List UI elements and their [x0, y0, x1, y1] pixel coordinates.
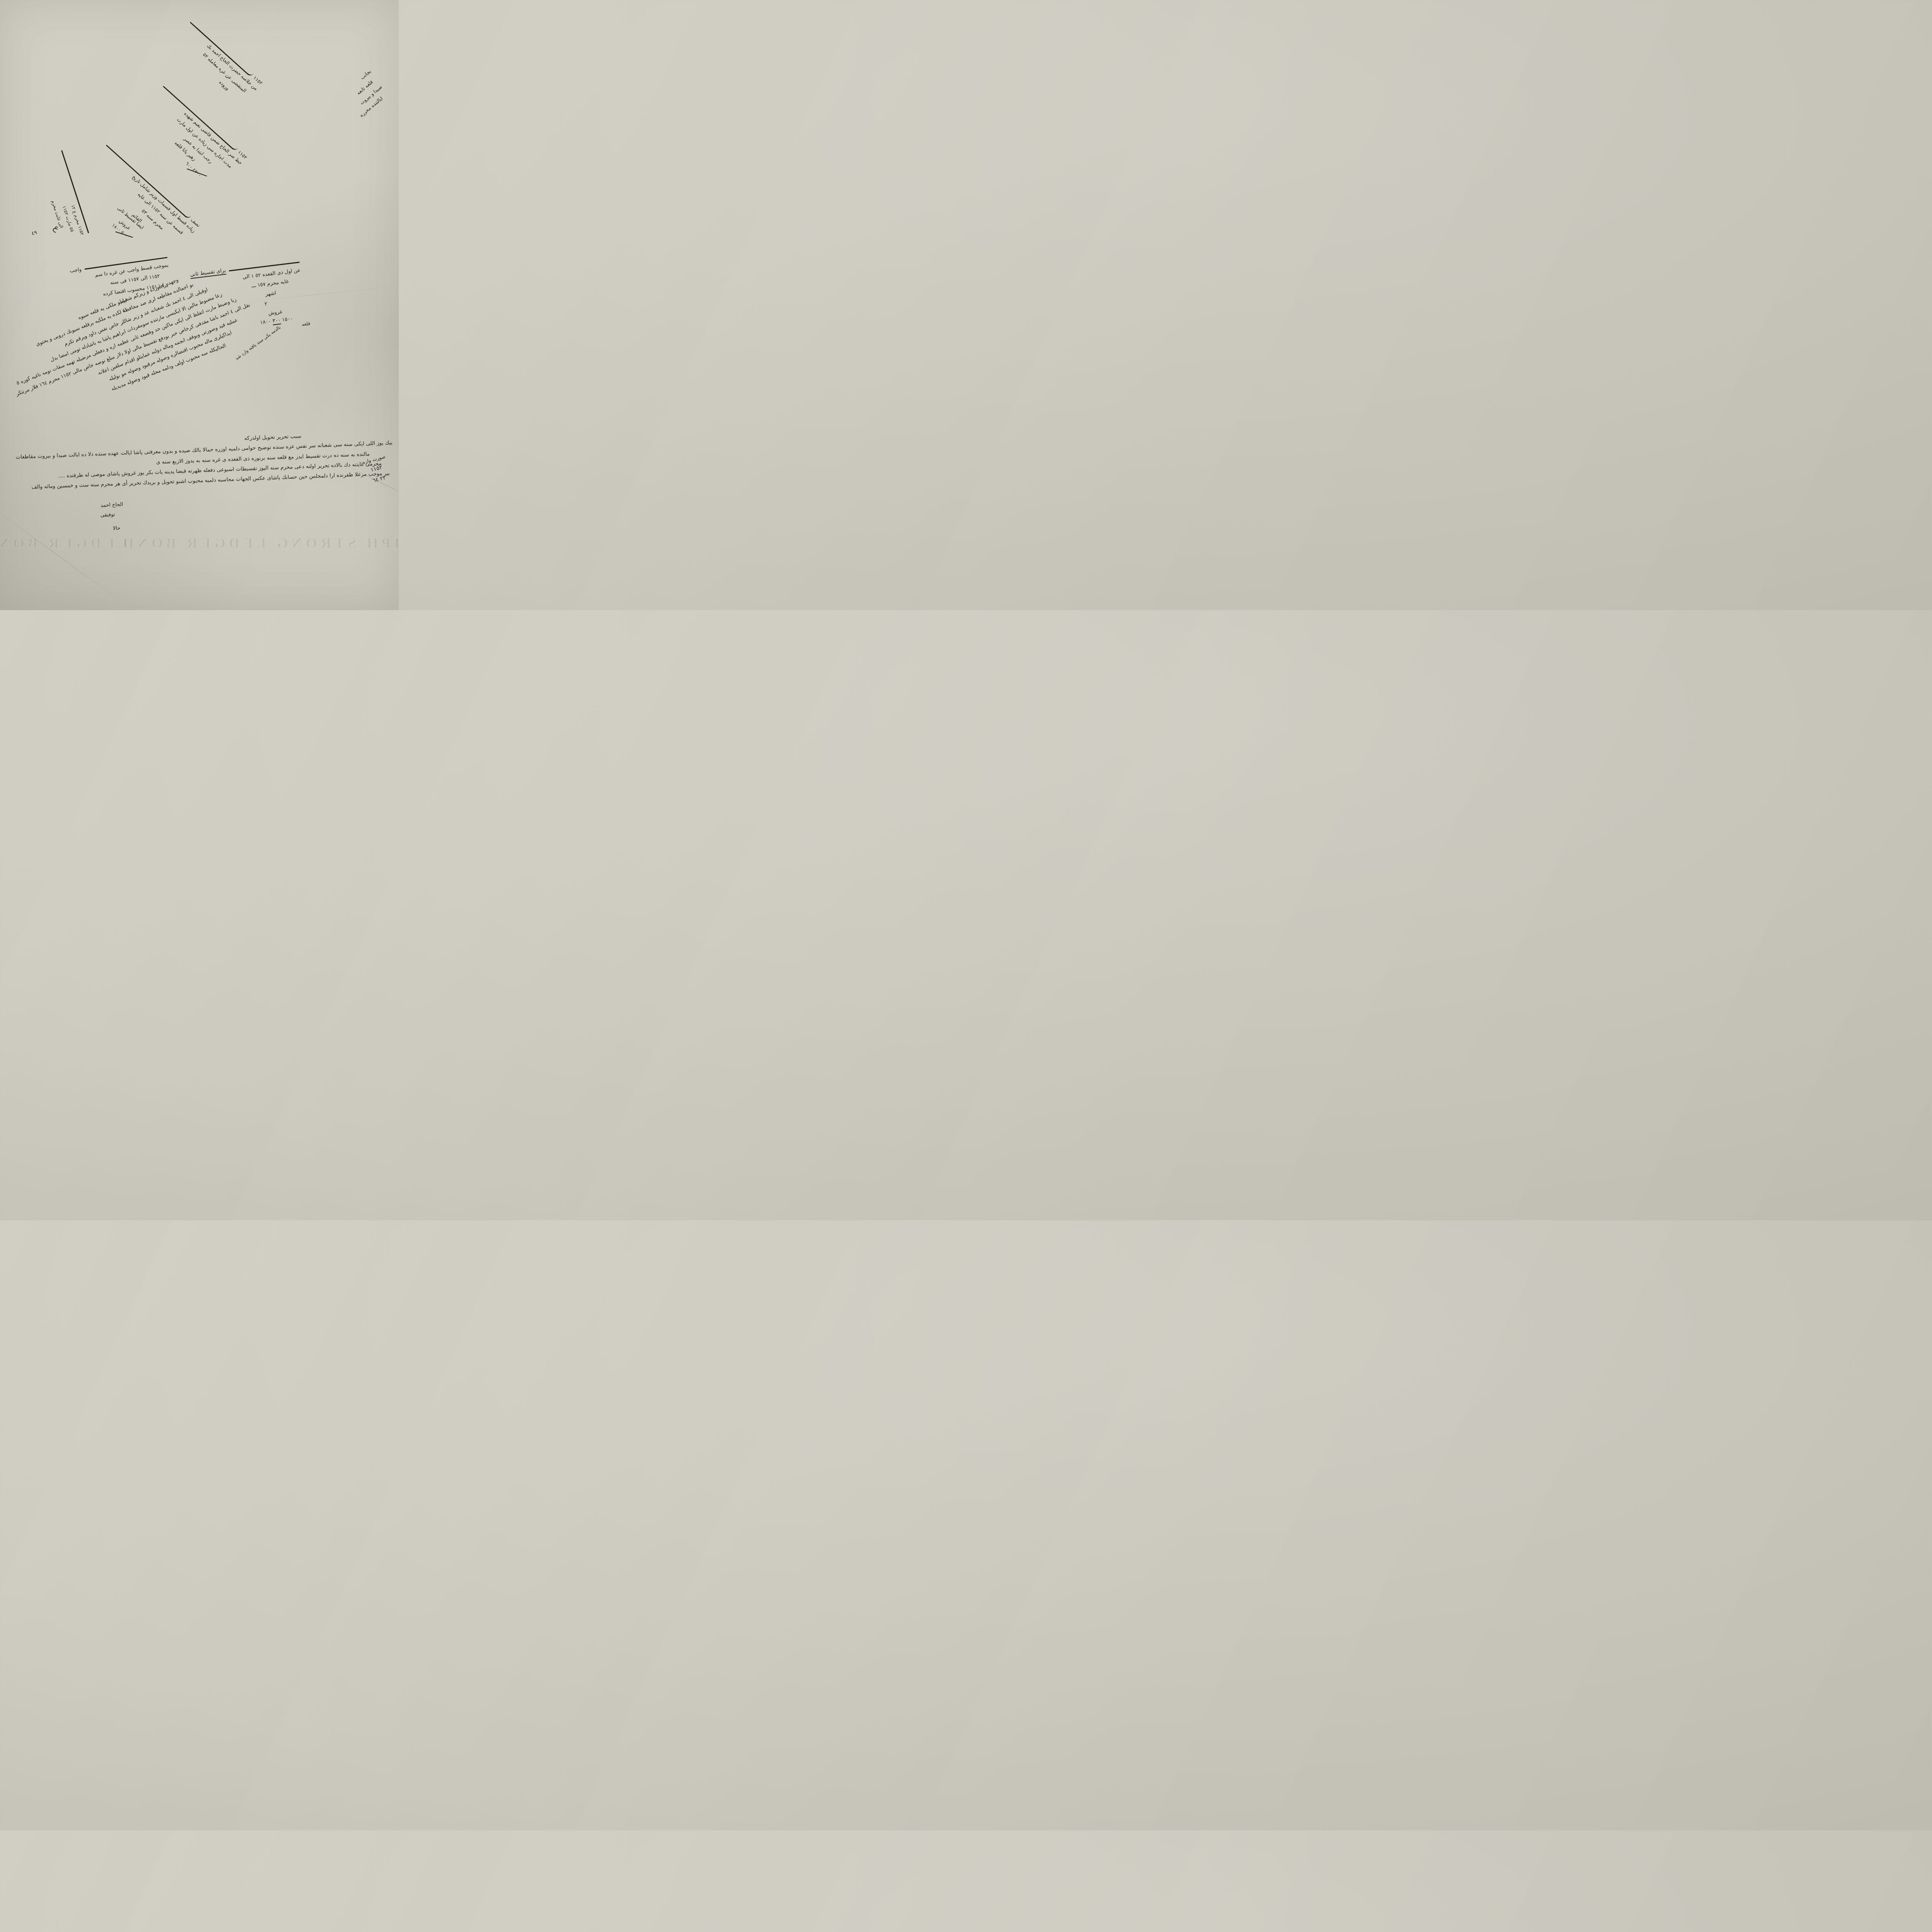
signature-name: الحاج احمد — [80, 500, 123, 512]
bottom-paragraph: سبب تحرير تحويل اولدركه بيك يوز اللى ايك… — [4, 428, 394, 493]
paper-watermark-center: TRIUMPH STRONG LEDGER BOND — [120, 535, 399, 552]
signature-block: الحاج احمد توفيقى حالا — [80, 500, 124, 535]
taksit-side-word: قلعه — [301, 321, 310, 327]
scanned-document-page: { "page": { "kind": "ottoman-handwritten… — [0, 0, 399, 610]
ledger-entry-1: ١١٥٢ من خلاصه حضرت الحاج احمد بك المنقضى… — [171, 18, 264, 107]
signature-name-2: توفيقى — [81, 510, 115, 522]
signature-status: حالا — [82, 523, 121, 535]
entry2-amount-struck: ٤٧٠٠ — [191, 167, 203, 178]
left-margin-number: ٤٩ — [31, 230, 37, 237]
paper-watermark-left: LEDGER BOND — [0, 535, 128, 552]
left-margin-entry: ١١٥٢ محرم ع ١٢ ٥٥ مارت ١١٥٢ الى غايت محر… — [35, 150, 89, 242]
ledger-entry-2: ١١٥٢ حظ صر الحاج ضمن قاضى نعيم شهده مدت … — [134, 82, 248, 192]
taksit-amount-1: ١٥٠٠ — [282, 316, 293, 323]
taksit-total: ١٨٠٠ — [260, 318, 271, 325]
taksit-amount-2: ٣٠٠ — [272, 317, 281, 325]
corner-note: بجانب قلعه تابعه صيدا و بيروت ايالتنده م… — [310, 67, 391, 145]
aged-paper-background: بجانب قلعه تابعه صيدا و بيروت ايالتنده م… — [0, 0, 399, 610]
